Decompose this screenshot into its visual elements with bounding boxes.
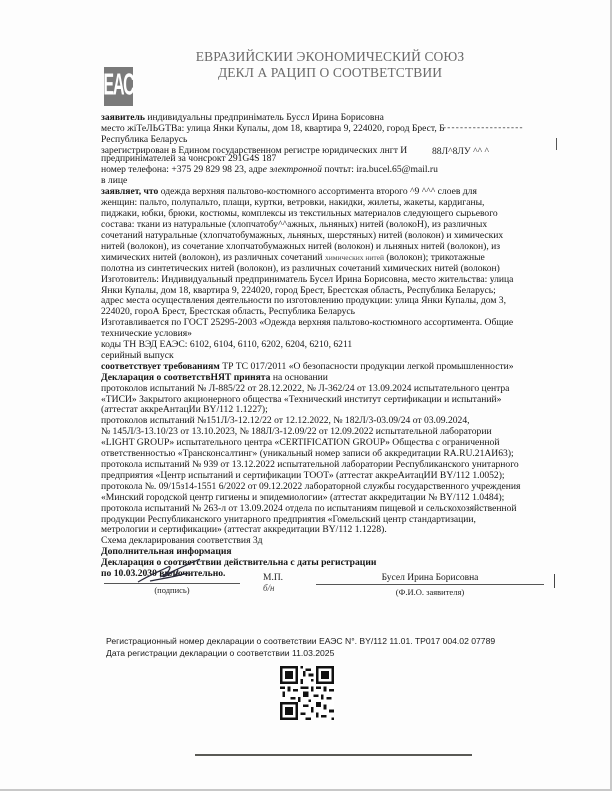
name-caption: (Ф.И.О. заявителя) <box>316 587 544 597</box>
applicant-contacts: номер телефона: +375 29 829 98 23, адре … <box>101 165 517 176</box>
basis-line-11: протокола испытаний № 263-л от 13.09.202… <box>101 504 517 515</box>
stamp-place-label: М.П. <box>263 573 283 583</box>
manufacturer-line-0: Изготовитель: Индивидуальный предпринима… <box>101 275 517 286</box>
declaration-line-8: полотна из синтетических нитей (волокон)… <box>101 264 517 275</box>
registration-info: Регистрационный номер декларации о соотв… <box>106 636 495 659</box>
margin-mark-2 <box>554 574 555 588</box>
basis-label: Декларация о соответствНЯТ принята <box>101 372 270 383</box>
margin-mark <box>556 138 557 150</box>
eac-logo-text: ЕАС <box>103 71 133 101</box>
header-declaration-title: ДЕКЛ А РАЦИП О СООТВЕТСТВИИ <box>180 65 480 81</box>
declaration-body: заявитель индивидуальны предпринiматель … <box>101 113 517 580</box>
header-union-title: ЕВРАЗИЙСКИИ ЭКОНОМИЧЕСКИЙ СОЮЗ <box>180 49 480 65</box>
compliance-label: соответствует требованиям <box>101 361 220 372</box>
bottom-rule <box>195 754 472 756</box>
applicant-email: ira.bucel.65@mail.ru <box>356 164 438 175</box>
name-line <box>316 584 544 585</box>
registration-number: Регистрационный номер декларации о соотв… <box>106 636 495 648</box>
eac-mark-icon: ЕАС <box>104 67 133 106</box>
stamp-note: б/н <box>263 583 275 593</box>
registration-date: Дата регистрации декларации о соответств… <box>106 648 495 660</box>
declares-label: заявляет, что <box>101 186 158 197</box>
signature-line <box>104 583 240 584</box>
qr-code-icon <box>280 665 334 721</box>
document-header: ЕВРАЗИЙСКИИ ЭКОНОМИЧЕСКИЙ СОЮЗ ДЕКЛ А РА… <box>180 49 480 81</box>
applicant-label: заявитель <box>101 112 145 123</box>
document-page: ЕВРАЗИЙСКИИ ЭКОНОМИЧЕСКИЙ СОЮЗ ДЕКЛ А РА… <box>0 0 612 791</box>
basis-line-10: «Минский городской центр гигиены и эпиде… <box>101 493 517 504</box>
signature-caption: (подпись) <box>104 585 240 595</box>
basis-line-0: протоколов испытаний № Л-885/22 от 28.12… <box>101 384 517 395</box>
applicant-name: Бусел Ирина Борисовна <box>316 573 544 583</box>
